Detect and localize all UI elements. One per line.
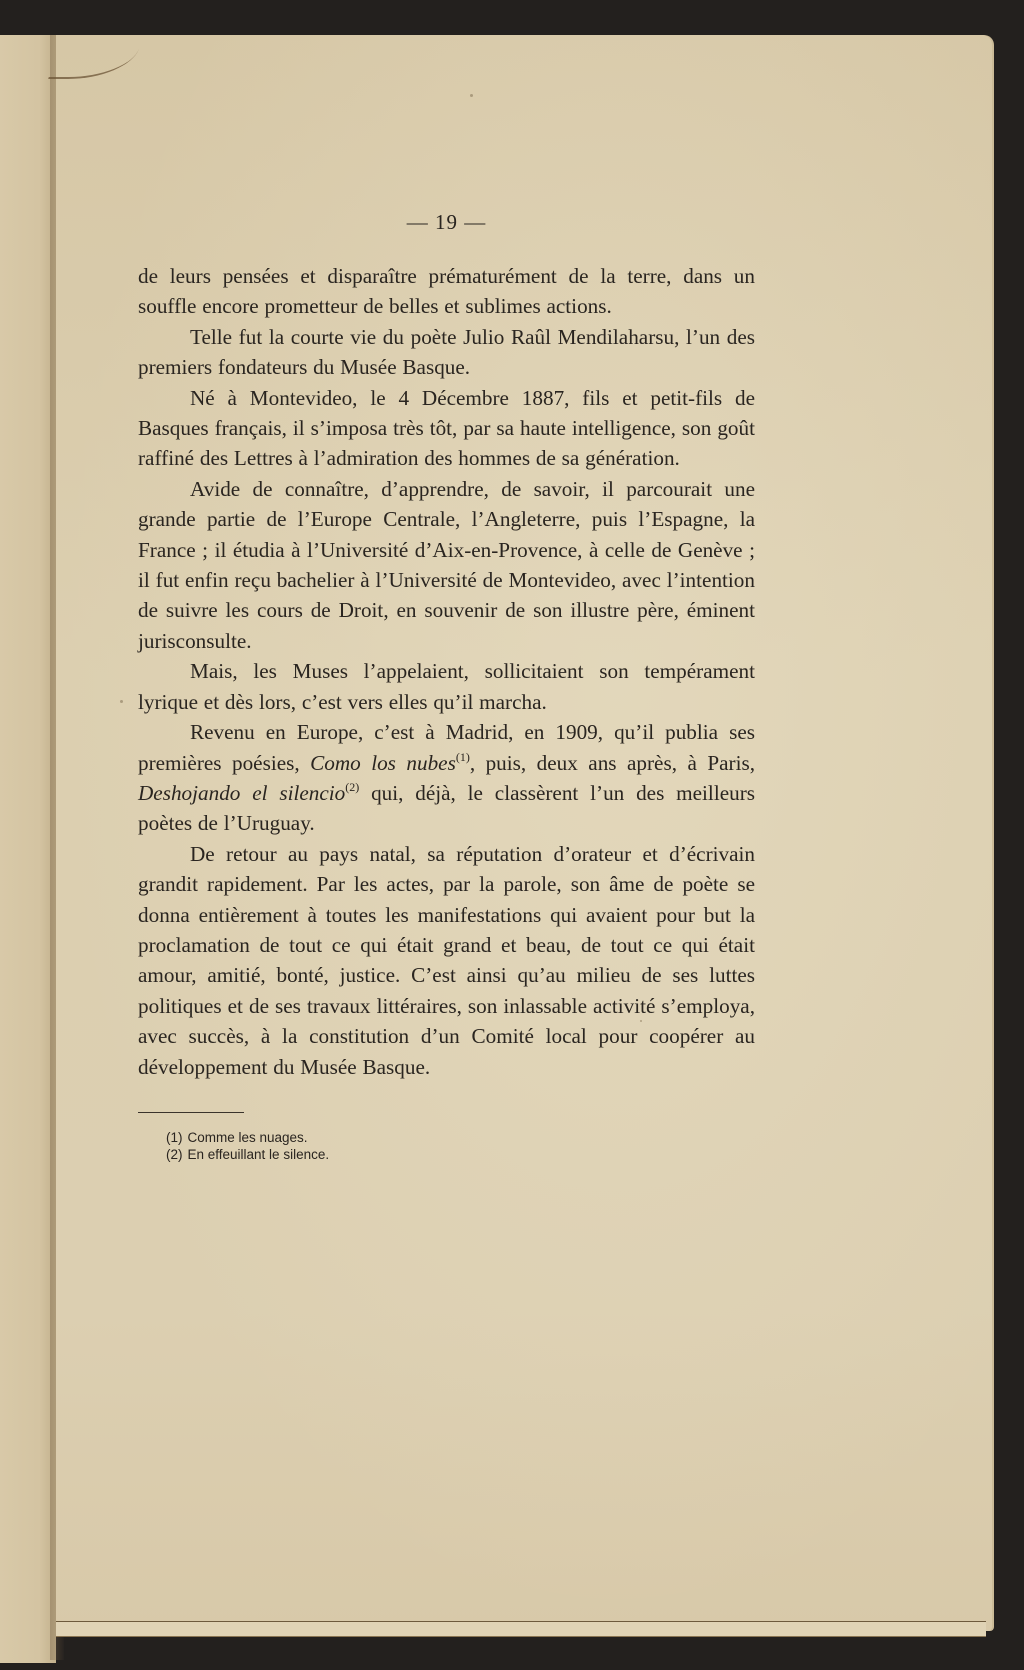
footnote-1: (1)Comme les nuages. xyxy=(166,1129,755,1146)
scan-scene: — 19 — de leurs pensées et disparaître p… xyxy=(0,0,1024,1670)
book-title-deshojando-el-silencio: Deshojando el silencio xyxy=(138,781,345,805)
previous-page-edge xyxy=(0,35,56,1663)
footnote-text: En effeuillant le silence. xyxy=(188,1147,330,1162)
footnote-divider xyxy=(138,1112,244,1113)
paragraph-2: Telle fut la courte vie du poète Julio R… xyxy=(138,322,755,383)
footnote-ref-2: (2) xyxy=(345,780,359,794)
page-text: — 19 — de leurs pensées et disparaître p… xyxy=(138,200,755,1163)
page-stack-edge xyxy=(56,1621,986,1637)
book-title-como-los-nubes: Como los nubes xyxy=(310,751,456,775)
footnotes: (1)Comme les nuages. (2)En effeuillant l… xyxy=(138,1129,755,1163)
footnote-ref-1: (1) xyxy=(456,750,470,764)
paragraph-6-text-b: , puis, deux ans après, à Paris, xyxy=(470,751,755,775)
paper-speck xyxy=(470,94,473,97)
footnote-marker: (2) xyxy=(166,1147,183,1162)
paper-speck xyxy=(120,700,123,703)
footnote-text: Comme les nuages. xyxy=(188,1130,308,1145)
paragraph-5: Mais, les Muses l’appelaient, sollicitai… xyxy=(138,656,755,717)
paragraph-7: De retour au pays natal, sa réputation d… xyxy=(138,839,755,1082)
footnote-marker: (1) xyxy=(166,1130,183,1145)
paragraph-3: Né à Montevideo, le 4 Décembre 1887, fil… xyxy=(138,383,755,474)
paragraph-1: de leurs pensées et disparaître prématur… xyxy=(138,261,755,322)
paragraph-6: Revenu en Europe, c’est à Madrid, en 190… xyxy=(138,717,755,839)
footnote-2: (2)En effeuillant le silence. xyxy=(166,1146,755,1163)
page-number: — 19 — xyxy=(138,200,755,254)
paragraph-4: Avide de connaître, d’apprendre, de savo… xyxy=(138,474,755,656)
